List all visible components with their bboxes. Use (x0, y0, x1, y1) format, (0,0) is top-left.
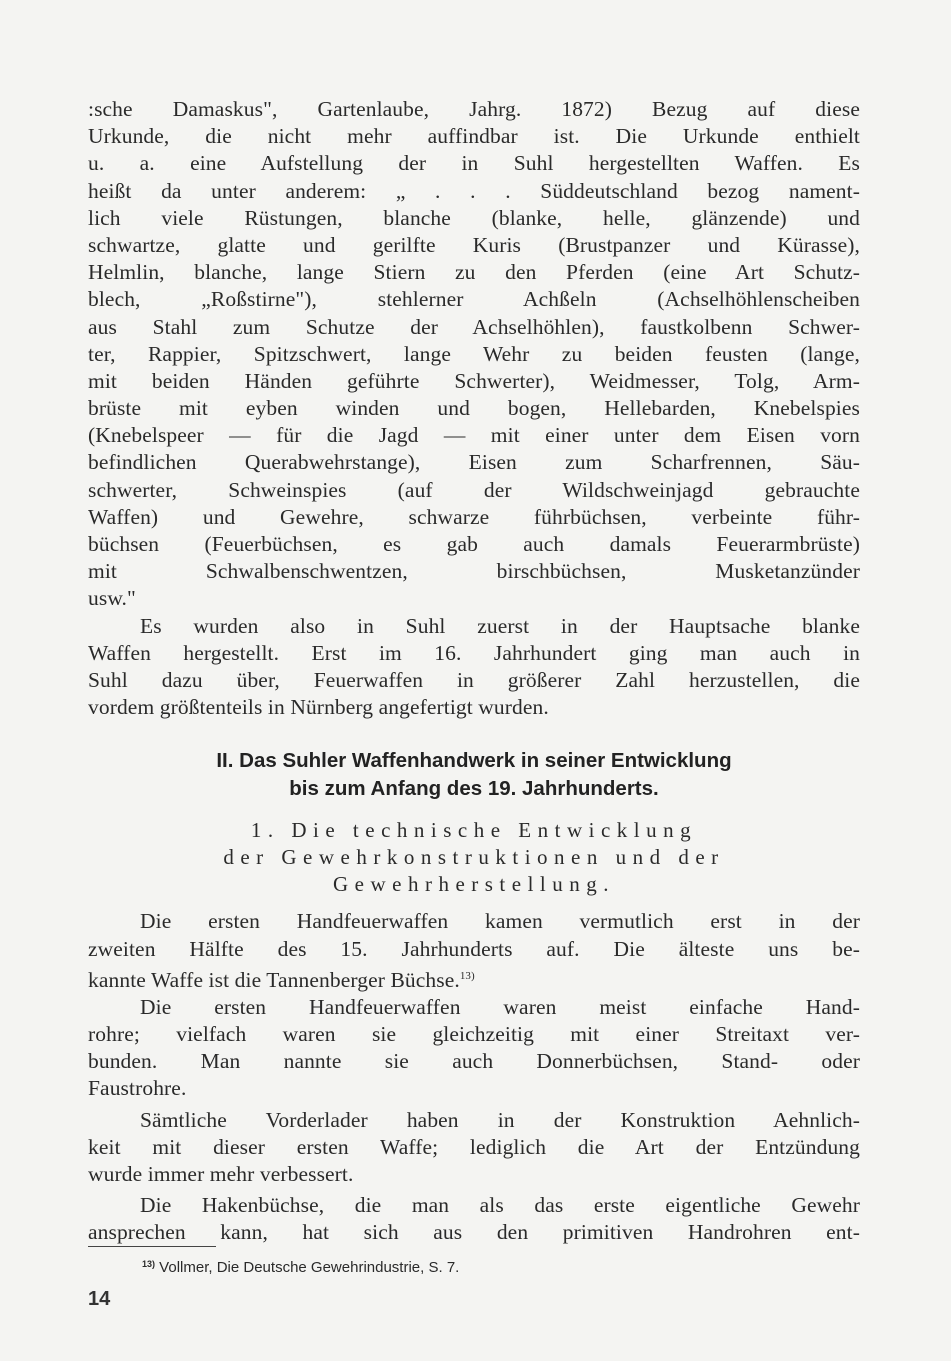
text-line: Sämtliche Vorderlader haben in der Konst… (88, 1107, 860, 1134)
text-line: befindlichen Querabwehrstange), Eisen zu… (88, 449, 860, 476)
text-line: brüste mit eyben winden und bogen, Helle… (88, 395, 860, 422)
text-line: usw." (88, 585, 860, 612)
heading-line: II. Das Suhler Waffenhandwerk in seiner … (88, 747, 860, 775)
text-line: Helmlin, blanche, lange Stiern zu den Pf… (88, 259, 860, 286)
paragraph-4: Die ersten Handfeuerwaffen waren meist e… (88, 994, 860, 1103)
text-line: ansprechen kann, hat sich aus den primit… (88, 1219, 860, 1246)
text-fragment: kannte Waffe ist die Tannenberger Büchse… (88, 968, 460, 992)
page-number: 14 (88, 1288, 110, 1311)
heading-line: bis zum Anfang des 19. Jahrhunderts. (88, 775, 860, 803)
text-line: schwartze, glatte und gerilfte Kuris (Br… (88, 232, 860, 259)
text-line: lich viele Rüstungen, blanche (blanke, h… (88, 205, 860, 232)
text-line: bunden. Man nannte sie auch Donnerbüchse… (88, 1048, 860, 1075)
paragraph-6: Die Hakenbüchse, die man als das erste e… (88, 1192, 860, 1246)
text-line: büchsen (Feuerbüchsen, es gab auch damal… (88, 531, 860, 558)
footnote-marker: 13) (142, 1259, 155, 1269)
subheading-line: der Gewehrkonstruktionen und der (88, 844, 860, 871)
text-line: wurde immer mehr verbessert. (88, 1161, 860, 1188)
text-line: Es wurden also in Suhl zuerst in der Hau… (88, 613, 860, 640)
text-line: kannte Waffe ist die Tannenberger Büchse… (88, 963, 860, 990)
text-line: Waffen) und Gewehre, schwarze führbüchse… (88, 504, 860, 531)
text-line: zweiten Hälfte des 15. Jahrhunderts auf.… (88, 936, 860, 963)
text-line: u. a. eine Aufstellung der in Suhl herge… (88, 150, 860, 177)
footnote-divider (88, 1246, 216, 1247)
text-line: Die ersten Handfeuerwaffen waren meist e… (88, 994, 860, 1021)
text-line: ter, Rappier, Spitzschwert, lange Wehr z… (88, 341, 860, 368)
subsection-heading: 1. Die technische Entwicklung der Gewehr… (88, 817, 860, 898)
paragraph-5: Sämtliche Vorderlader haben in der Konst… (88, 1107, 860, 1189)
footnote: 13) Vollmer, Die Deutsche Gewehrindustri… (142, 1254, 459, 1278)
text-line: blech, „Roßstirne"), stehlerner Achßeln … (88, 286, 860, 313)
paragraph-2: Es wurden also in Suhl zuerst in der Hau… (88, 613, 860, 722)
text-line: :sche Damaskus", Gartenlaube, Jahrg. 187… (88, 96, 860, 123)
paragraph-3: Die ersten Handfeuerwaffen kamen vermutl… (88, 908, 860, 990)
text-line: (Knebelspeer — für die Jagd — mit einer … (88, 422, 860, 449)
subheading-line: Gewehrherstellung. (88, 871, 860, 898)
paragraph-1: :sche Damaskus", Gartenlaube, Jahrg. 187… (88, 96, 860, 613)
text-line: rohre; vielfach waren sie gleichzeitig m… (88, 1021, 860, 1048)
section-heading: II. Das Suhler Waffenhandwerk in seiner … (88, 747, 860, 803)
text-line: Faustrohre. (88, 1075, 860, 1102)
text-line: mit beiden Händen geführte Schwerter), W… (88, 368, 860, 395)
text-line: keit mit dieser ersten Waffe; lediglich … (88, 1134, 860, 1161)
subheading-line: 1. Die technische Entwicklung (88, 817, 860, 844)
text-line: Die Hakenbüchse, die man als das erste e… (88, 1192, 860, 1219)
text-line: aus Stahl zum Schutze der Achselhöhlen),… (88, 314, 860, 341)
text-line: heißt da unter anderem: „ . . . Süddeuts… (88, 178, 860, 205)
text-line: Die ersten Handfeuerwaffen kamen vermutl… (88, 908, 860, 935)
footnote-text: Vollmer, Die Deutsche Gewehrindustrie, S… (155, 1259, 459, 1276)
footnote-reference[interactable]: 13) (460, 970, 475, 982)
text-line: Urkunde, die nicht mehr auffindbar ist. … (88, 123, 860, 150)
text-line: Waffen hergestellt. Erst im 16. Jahrhund… (88, 640, 860, 667)
text-line: Suhl dazu über, Feuerwaffen in größerer … (88, 667, 860, 694)
text-line: mit Schwalbenschwentzen, birschbüchsen, … (88, 558, 860, 585)
text-line: vordem größtenteils in Nürnberg angefert… (88, 694, 860, 721)
text-line: schwerter, Schweinspies (auf der Wildsch… (88, 477, 860, 504)
page-body: :sche Damaskus", Gartenlaube, Jahrg. 187… (88, 96, 860, 1247)
